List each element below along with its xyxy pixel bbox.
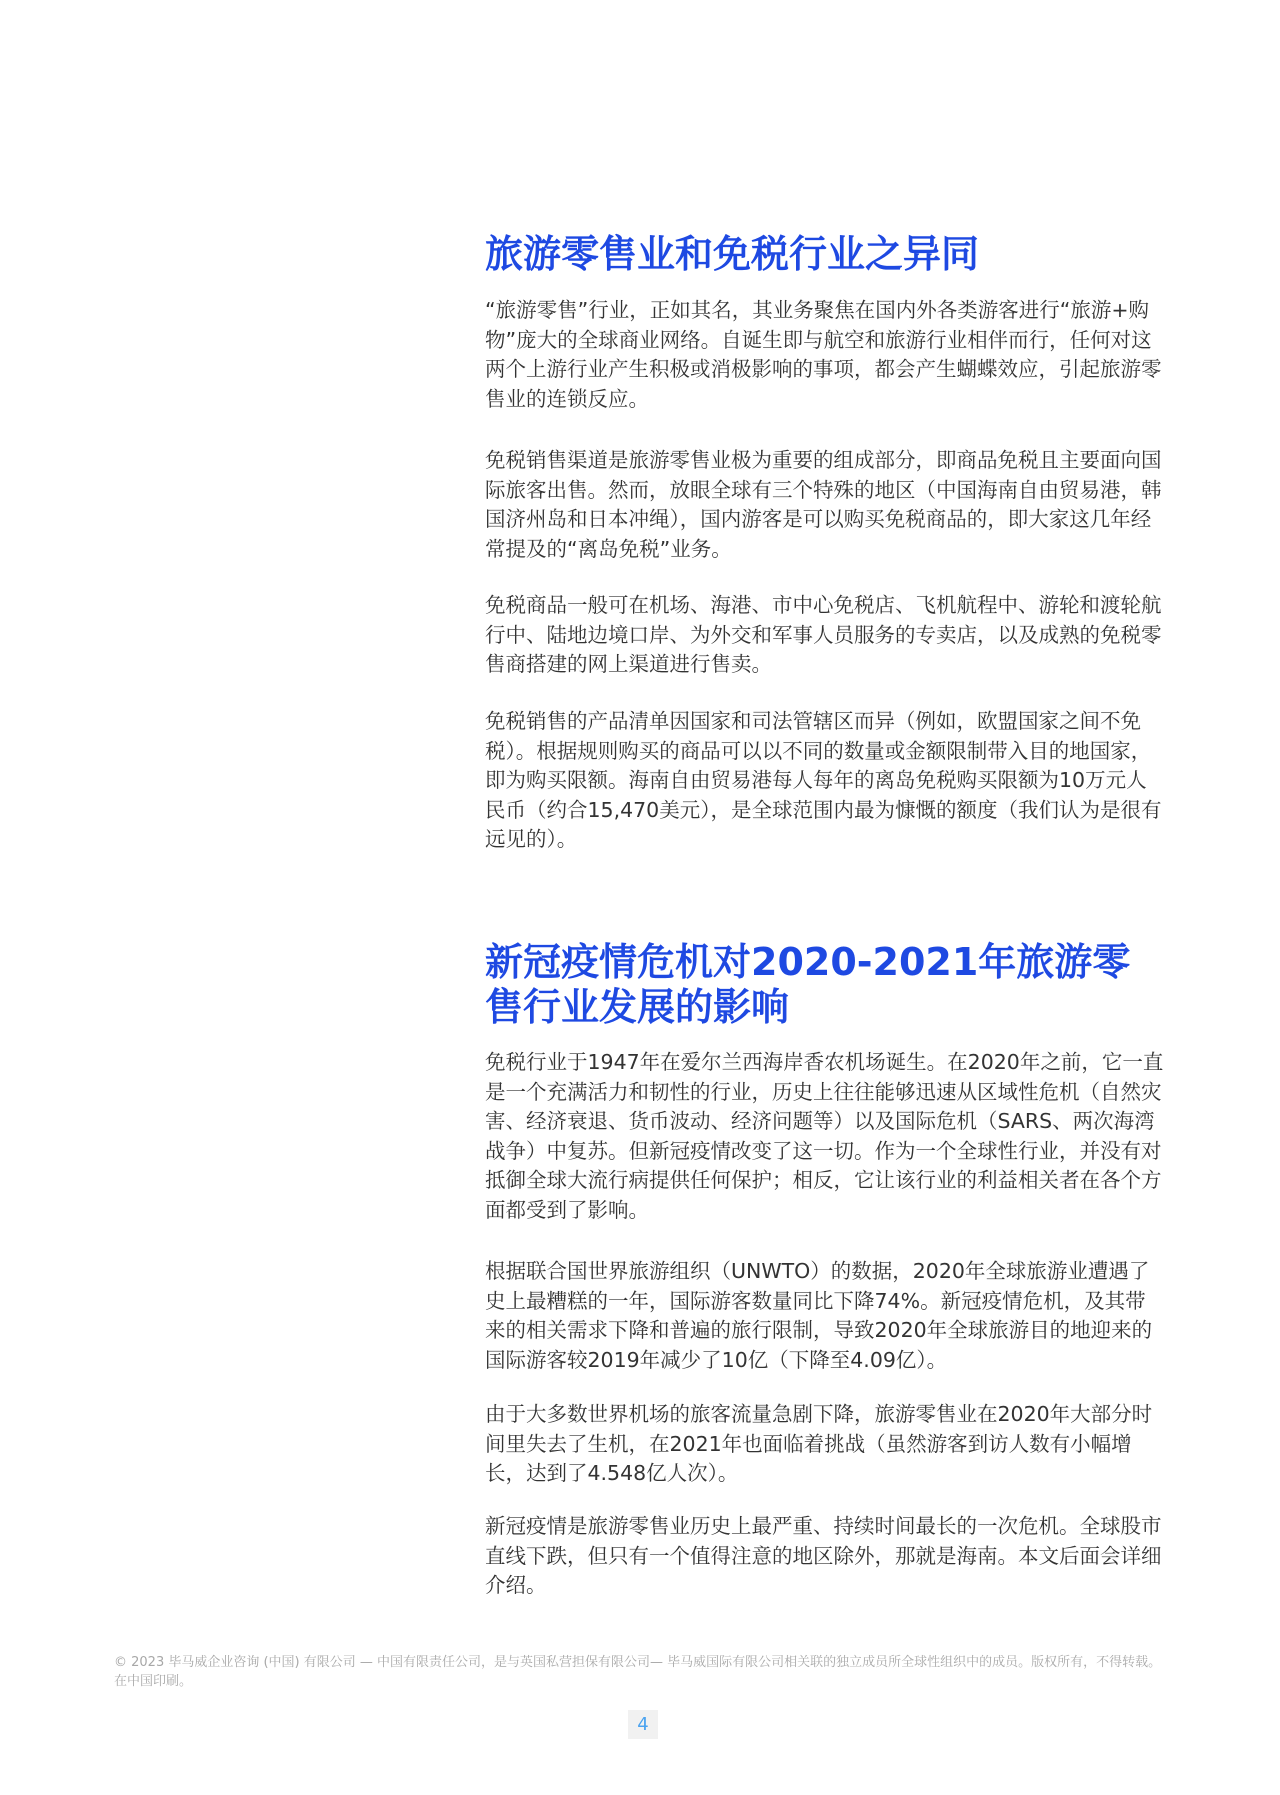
paragraph-purchase-limits: 免税销售的产品清单因国家和司法管辖区而异（例如，欧盟国家之间不免税）。根据规则购… — [485, 707, 1165, 855]
paragraph-hainan-exception: 新冠疫情是旅游零售业历史上最严重、持续时间最长的一次危机。全球股市直线下跌，但只… — [485, 1512, 1165, 1601]
page-number: 4 — [628, 1710, 658, 1739]
paragraph-unwto-data: 根据联合国世界旅游组织（UNWTO）的数据，2020年全球旅游业遭遇了史上最糟糕… — [485, 1257, 1165, 1375]
section-title-covid-impact: 新冠疫情危机对2020-2021年旅游零售行业发展的影响 — [485, 940, 1165, 1030]
section-title-travel-retail-vs-duty-free: 旅游零售业和免税行业之异同 — [485, 232, 1165, 277]
copyright-footer: © 2023 毕马威企业咨询 (中国) 有限公司 — 中国有限责任公司，是与英国… — [114, 1653, 1174, 1691]
paragraph-duty-free-channels: 免税销售渠道是旅游零售业极为重要的组成部分，即商品免税且主要面向国际旅客出售。然… — [485, 446, 1165, 564]
paragraph-travel-retail-definition: “旅游零售”行业，正如其名，其业务聚焦在国内外各类游客进行“旅游+购物”庞大的全… — [485, 296, 1165, 414]
paragraph-airport-traffic-decline: 由于大多数世界机场的旅客流量急剧下降，旅游零售业在2020年大部分时间里失去了生… — [485, 1400, 1165, 1489]
paragraph-duty-free-history: 免税行业于1947年在爱尔兰西海岸香农机场诞生。在2020年之前，它一直是一个充… — [485, 1048, 1165, 1226]
paragraph-duty-free-locations: 免税商品一般可在机场、海港、市中心免税店、飞机航程中、游轮和渡轮航行中、陆地边境… — [485, 591, 1165, 680]
